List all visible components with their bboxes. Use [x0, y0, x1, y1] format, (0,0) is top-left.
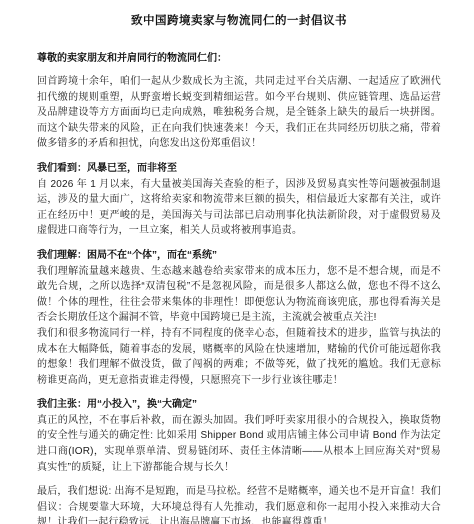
- section-paragraph: 我们理解流量越来越贵、生态越来越卷给卖家带来的成本压力，您不是不想合规，而是不敢…: [37, 264, 441, 326]
- intro-paragraph: 回首跨境十余年，咱们一起从少数成长为主流，共同走过平台关店潮、一起适应了欧洲代扣…: [37, 74, 441, 152]
- section-we-see: 我们看到：风暴已至，而非将至 自 2026 年 1 月以来，有大量被美国海关查验…: [37, 161, 441, 239]
- section-heading-we-see: 我们看到：风暴已至，而非将至: [37, 161, 441, 177]
- section-heading-we-understand: 我们理解：困局不在“个体”，而在“系统”: [37, 248, 441, 264]
- document-page: 致中国跨境卖家与物流同仁的一封倡议书 尊敬的卖家朋友和并肩同行的物流同仁们： 回…: [0, 0, 474, 524]
- section-paragraph: 我们和很多物流同行一样，持有不同程度的侥幸心态，但随着技术的进步，监管与执法的成…: [37, 326, 441, 388]
- salutation-line: 尊敬的卖家朋友和并肩同行的物流同仁们：: [37, 51, 441, 67]
- section-paragraph: 自 2026 年 1 月以来，有大量被美国海关查验的柜子，因涉及贸易真实性等问题…: [37, 177, 441, 239]
- section-heading-we-advocate: 我们主张：用“小投入”，换“大确定”: [37, 397, 441, 413]
- section-paragraph: 真正的风控，不在事后补救，而在源头加固。我们呼吁卖家用很小的合规投入，换取货物的…: [37, 413, 441, 475]
- closing-paragraph: 最后，我们想说: 出海不是短跑，而是马拉松。经营不是赌概率，通关也不是开盲盒！我…: [37, 484, 441, 524]
- section-we-understand: 我们理解：困局不在“个体”，而在“系统” 我们理解流量越来越贵、生态越来越卷给卖…: [37, 248, 441, 388]
- section-we-advocate: 我们主张：用“小投入”，换“大确定” 真正的风控，不在事后补救，而在源头加固。我…: [37, 397, 441, 475]
- document-title: 致中国跨境卖家与物流同仁的一封倡议书: [37, 13, 441, 29]
